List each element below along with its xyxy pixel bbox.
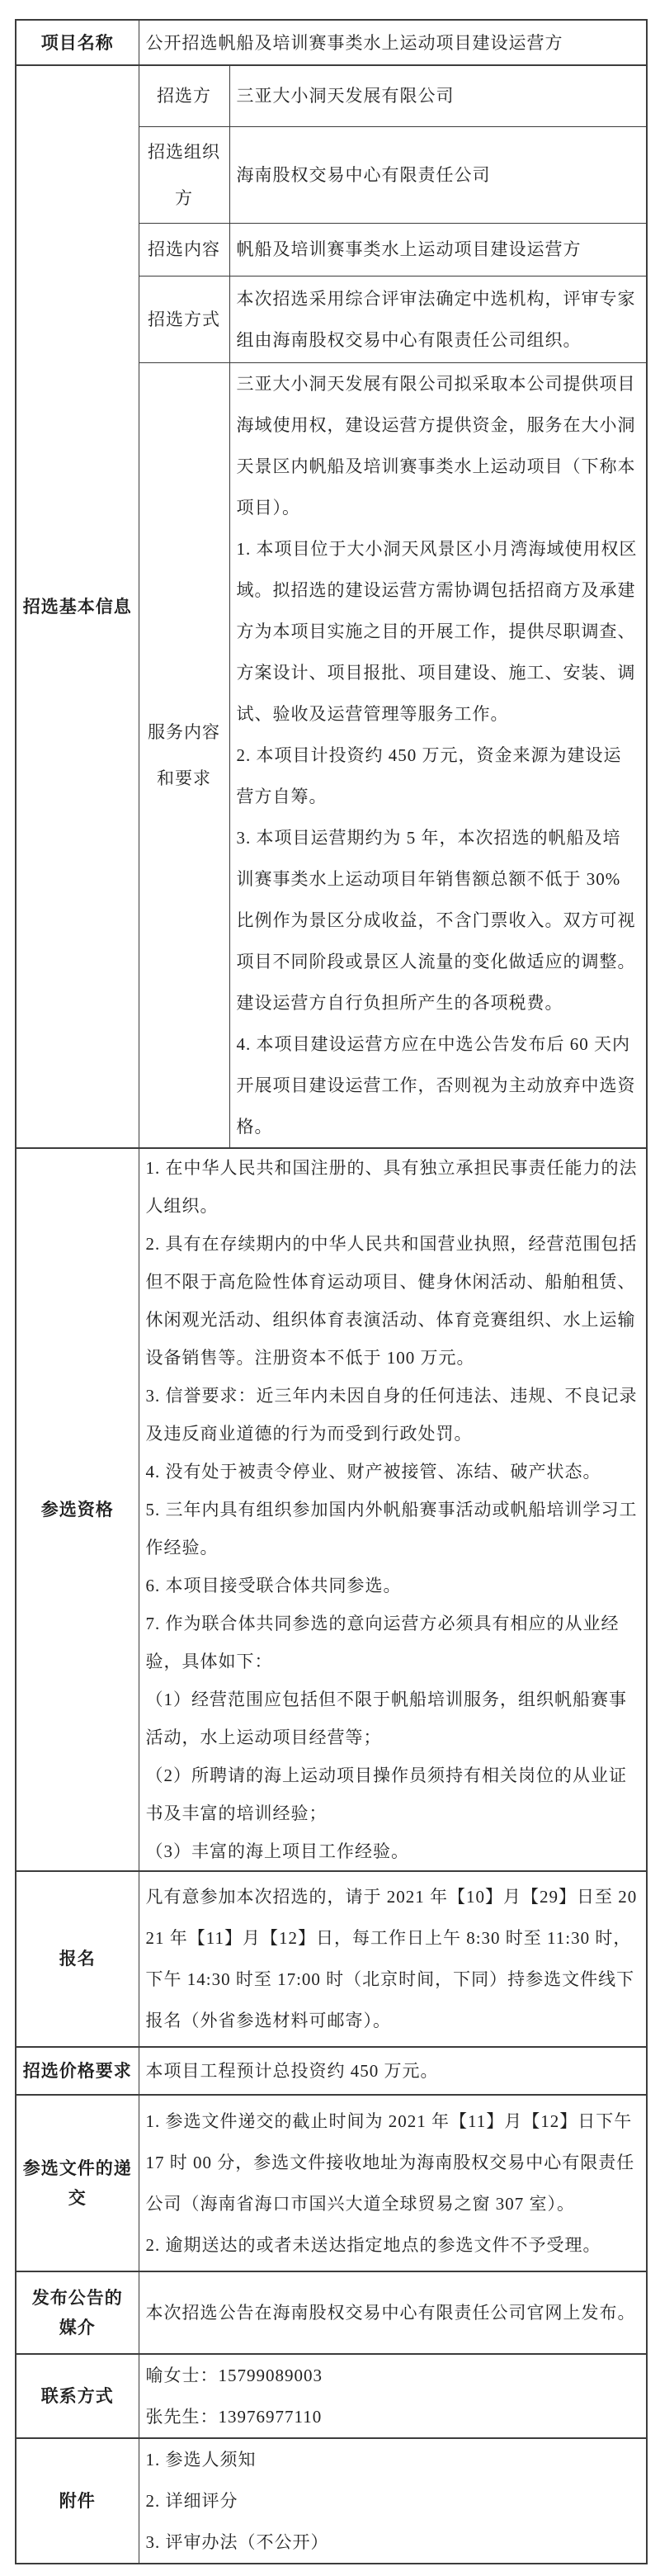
row-announcement-media: 发布公告的 媒介 本次招选公告在海南股权交易中心有限责任公司官网上发布。	[16, 2271, 647, 2354]
announcement-media-value: 本次招选公告在海南股权交易中心有限责任公司官网上发布。	[139, 2271, 647, 2354]
service-content-label: 服务内容 和要求	[139, 362, 229, 1148]
organizer-value: 海南股权交易中心有限责任公司	[229, 126, 647, 223]
organizer-label: 招选组织方	[139, 126, 229, 223]
selector-party-label: 招选方	[139, 65, 229, 126]
document-submission-value: 1. 参选文件递交的截止时间为 2021 年【11】月【12】日下午 17 时 …	[139, 2095, 647, 2271]
announcement-media-label: 发布公告的 媒介	[16, 2271, 139, 2354]
selector-party-value: 三亚大小洞天发展有限公司	[229, 65, 647, 126]
selection-method-value: 本次招选采用综合评审法确定中选机构，评审专家组由海南股权交易中心有限责任公司组织…	[229, 276, 647, 362]
contact-label: 联系方式	[16, 2354, 139, 2438]
row-document-submission: 参选文件的递 交 1. 参选文件递交的截止时间为 2021 年【11】月【12】…	[16, 2095, 647, 2271]
row-contact: 联系方式 喻女士：15799089003 张先生：13976977110	[16, 2354, 647, 2438]
qualification-label: 参选资格	[16, 1148, 139, 1871]
row-registration: 报名 凡有意参加本次招选的，请于 2021 年【10】月【29】日至 2021 …	[16, 1871, 647, 2047]
project-name-value: 公开招选帆船及培训赛事类水上运动项目建设运营方	[139, 20, 647, 65]
row-project-name: 项目名称 公开招选帆船及培训赛事类水上运动项目建设运营方	[16, 20, 647, 65]
row-price-requirement: 招选价格要求 本项目工程预计总投资约 450 万元。	[16, 2047, 647, 2095]
basic-info-label: 招选基本信息	[16, 65, 139, 1148]
announcement-table: 项目名称 公开招选帆船及培训赛事类水上运动项目建设运营方 招选基本信息 招选方 …	[15, 19, 648, 2564]
service-content-value: 三亚大小洞天发展有限公司拟采取本公司提供项目海域使用权，建设运营方提供资金，服务…	[229, 362, 647, 1148]
document-page: 项目名称 公开招选帆船及培训赛事类水上运动项目建设运营方 招选基本信息 招选方 …	[0, 19, 660, 2564]
contact-value: 喻女士：15799089003 张先生：13976977110	[139, 2354, 647, 2438]
price-requirement-value: 本项目工程预计总投资约 450 万元。	[139, 2047, 647, 2095]
row-qualification: 参选资格 1. 在中华人民共和国注册的、具有独立承担民事责任能力的法人组织。 2…	[16, 1148, 647, 1871]
registration-label: 报名	[16, 1871, 139, 2047]
selection-method-label: 招选方式	[139, 276, 229, 362]
attachments-label: 附件	[16, 2438, 139, 2564]
selection-content-label: 招选内容	[139, 223, 229, 276]
row-attachments: 附件 1. 参选人须知 2. 详细评分 3. 评审办法（不公开）	[16, 2438, 647, 2564]
qualification-value: 1. 在中华人民共和国注册的、具有独立承担民事责任能力的法人组织。 2. 具有在…	[139, 1148, 647, 1871]
selection-content-value: 帆船及培训赛事类水上运动项目建设运营方	[229, 223, 647, 276]
price-requirement-label: 招选价格要求	[16, 2047, 139, 2095]
project-name-label: 项目名称	[16, 20, 139, 65]
registration-value: 凡有意参加本次招选的，请于 2021 年【10】月【29】日至 2021 年【1…	[139, 1871, 647, 2047]
attachments-value: 1. 参选人须知 2. 详细评分 3. 评审办法（不公开）	[139, 2438, 647, 2564]
row-selector-party: 招选基本信息 招选方 三亚大小洞天发展有限公司	[16, 65, 647, 126]
document-submission-label: 参选文件的递 交	[16, 2095, 139, 2271]
